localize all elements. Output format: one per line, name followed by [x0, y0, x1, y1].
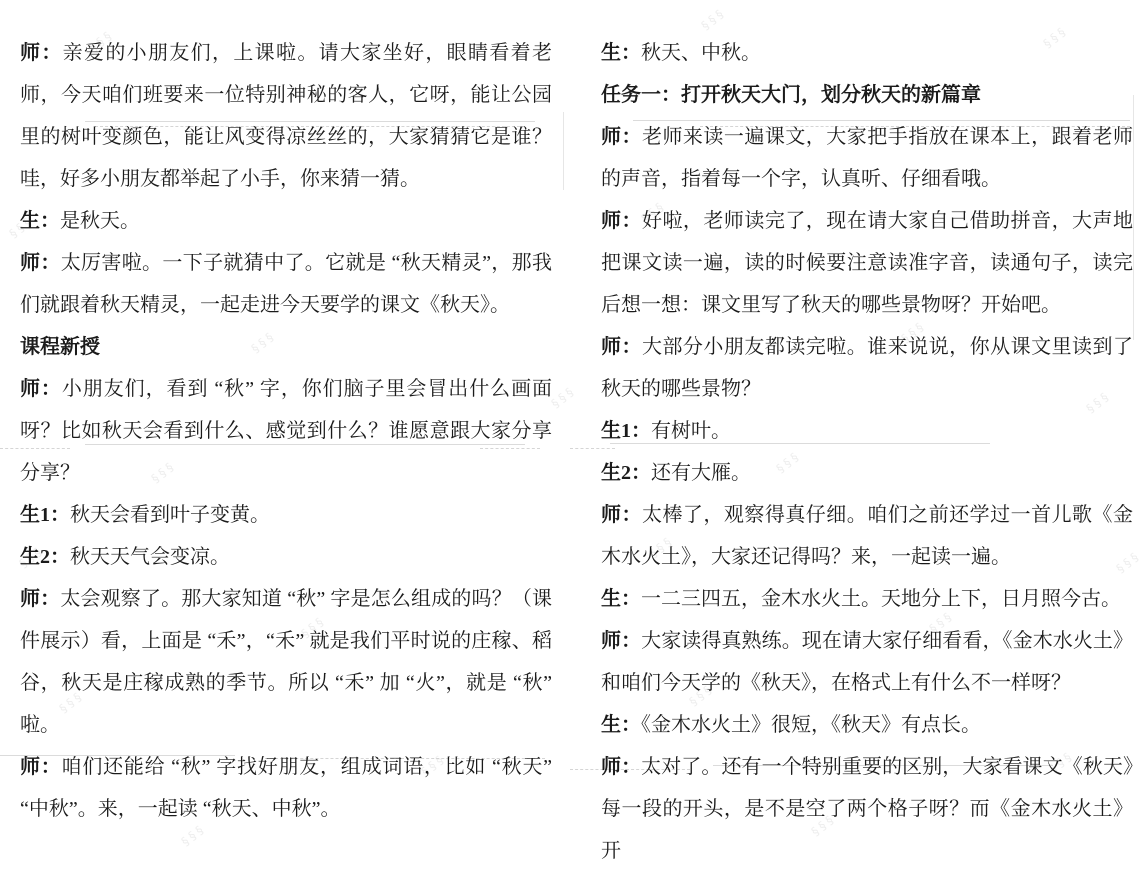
dialog-paragraph: 生1：有树叶。	[601, 410, 1133, 452]
dialog-paragraph: 生2：秋天天气会变凉。	[20, 536, 552, 578]
speaker-label: 师：	[601, 126, 642, 148]
watermark-squiggle-icon: §§§	[549, 383, 579, 411]
dialog-paragraph: 师：老师来读一遍课文，大家把手指放在课本上，跟着老师的声音，指着每一个字，认真听…	[601, 116, 1133, 200]
scan-artifact-line	[1133, 95, 1134, 340]
speaker-label: 生1：	[601, 420, 651, 442]
speaker-label: 师：	[20, 42, 63, 64]
dialog-paragraph: 生：秋天、中秋。	[601, 32, 1133, 74]
left-column: 师：亲爱的小朋友们，上课啦。请大家坐好，眼睛看着老师，今天咱们班要来一位特别神秘…	[20, 32, 552, 830]
speaker-label: 师：	[601, 336, 642, 358]
dialog-paragraph: 师：咱们还能给 “秋” 字找好朋友，组成词语，比如 “秋天” “中秋”。来，一起…	[20, 746, 552, 830]
dialog-paragraph: 生2：还有大雁。	[601, 452, 1133, 494]
dialog-paragraph: 生：是秋天。	[20, 200, 552, 242]
speaker-label: 师：	[601, 630, 641, 652]
speaker-label: 师：	[20, 588, 60, 610]
speaker-label: 师：	[20, 756, 62, 778]
speaker-label: 生：	[20, 210, 60, 232]
document-page: { "document": { "kind": "lesson-transcri…	[0, 0, 1139, 873]
speaker-label: 生1：	[20, 504, 70, 526]
speaker-label: 生：	[601, 588, 641, 610]
dialog-paragraph: 师：太棒了，观察得真仔细。咱们之前还学过一首儿歌《金木水火土》，大家还记得吗？来…	[601, 494, 1133, 578]
speaker-label: 生：	[601, 42, 641, 64]
dialog-paragraph: 生：一二三四五，金木水火土。天地分上下，日月照今古。	[601, 578, 1133, 620]
section-heading: 任务一：打开秋天大门，划分秋天的新篇章	[601, 74, 1133, 116]
dialog-paragraph: 师：大家读得真熟练。现在请大家仔细看看，《金木水火土》和咱们今天学的《秋天》，在…	[601, 620, 1133, 704]
speaker-label: 师：	[601, 756, 641, 778]
speaker-label: 生2：	[20, 546, 70, 568]
watermark-squiggle-icon: §§§	[699, 5, 729, 33]
dialog-paragraph: 师：好啦，老师读完了，现在请大家自己借助拼音，大声地把课文读一遍，读的时候要注意…	[601, 200, 1133, 326]
right-column: 生：秋天、中秋。任务一：打开秋天大门，划分秋天的新篇章师：老师来读一遍课文，大家…	[601, 32, 1133, 872]
dialog-paragraph: 生1：秋天会看到叶子变黄。	[20, 494, 552, 536]
dialog-paragraph: 师：太对了。还有一个特别重要的区别，大家看课文《秋天》每一段的开头，是不是空了两…	[601, 746, 1133, 872]
scan-artifact-line	[563, 112, 564, 190]
speaker-label: 生：	[601, 714, 641, 736]
speaker-label: 师：	[601, 504, 642, 526]
speaker-label: 生2：	[601, 462, 651, 484]
dialog-paragraph: 师：太厉害啦。一下子就猜中了。它就是 “秋天精灵”，那我们就跟着秋天精灵，一起走…	[20, 242, 552, 326]
dialog-paragraph: 师：小朋友们，看到 “秋” 字，你们脑子里会冒出什么画面呀？比如秋天会看到什么、…	[20, 368, 552, 494]
speaker-label: 师：	[601, 210, 642, 232]
dialog-paragraph: 师：太会观察了。那大家知道 “秋” 字是怎么组成的吗？（课件展示）看，上面是 “…	[20, 578, 552, 746]
dialog-paragraph: 师：亲爱的小朋友们，上课啦。请大家坐好，眼睛看着老师，今天咱们班要来一位特别神秘…	[20, 32, 552, 200]
dialog-paragraph: 生：《金木水火土》很短，《秋天》有点长。	[601, 704, 1133, 746]
section-heading: 课程新授	[20, 326, 552, 368]
speaker-label: 师：	[20, 378, 62, 400]
dialog-paragraph: 师：大部分小朋友都读完啦。谁来说说，你从课文里读到了秋天的哪些景物？	[601, 326, 1133, 410]
lesson-transcript: §§§ §§§ §§§ §§§ §§§ §§§ §§§ §§§ §§§ §§§ …	[0, 0, 1139, 873]
speaker-label: 师：	[20, 252, 61, 274]
